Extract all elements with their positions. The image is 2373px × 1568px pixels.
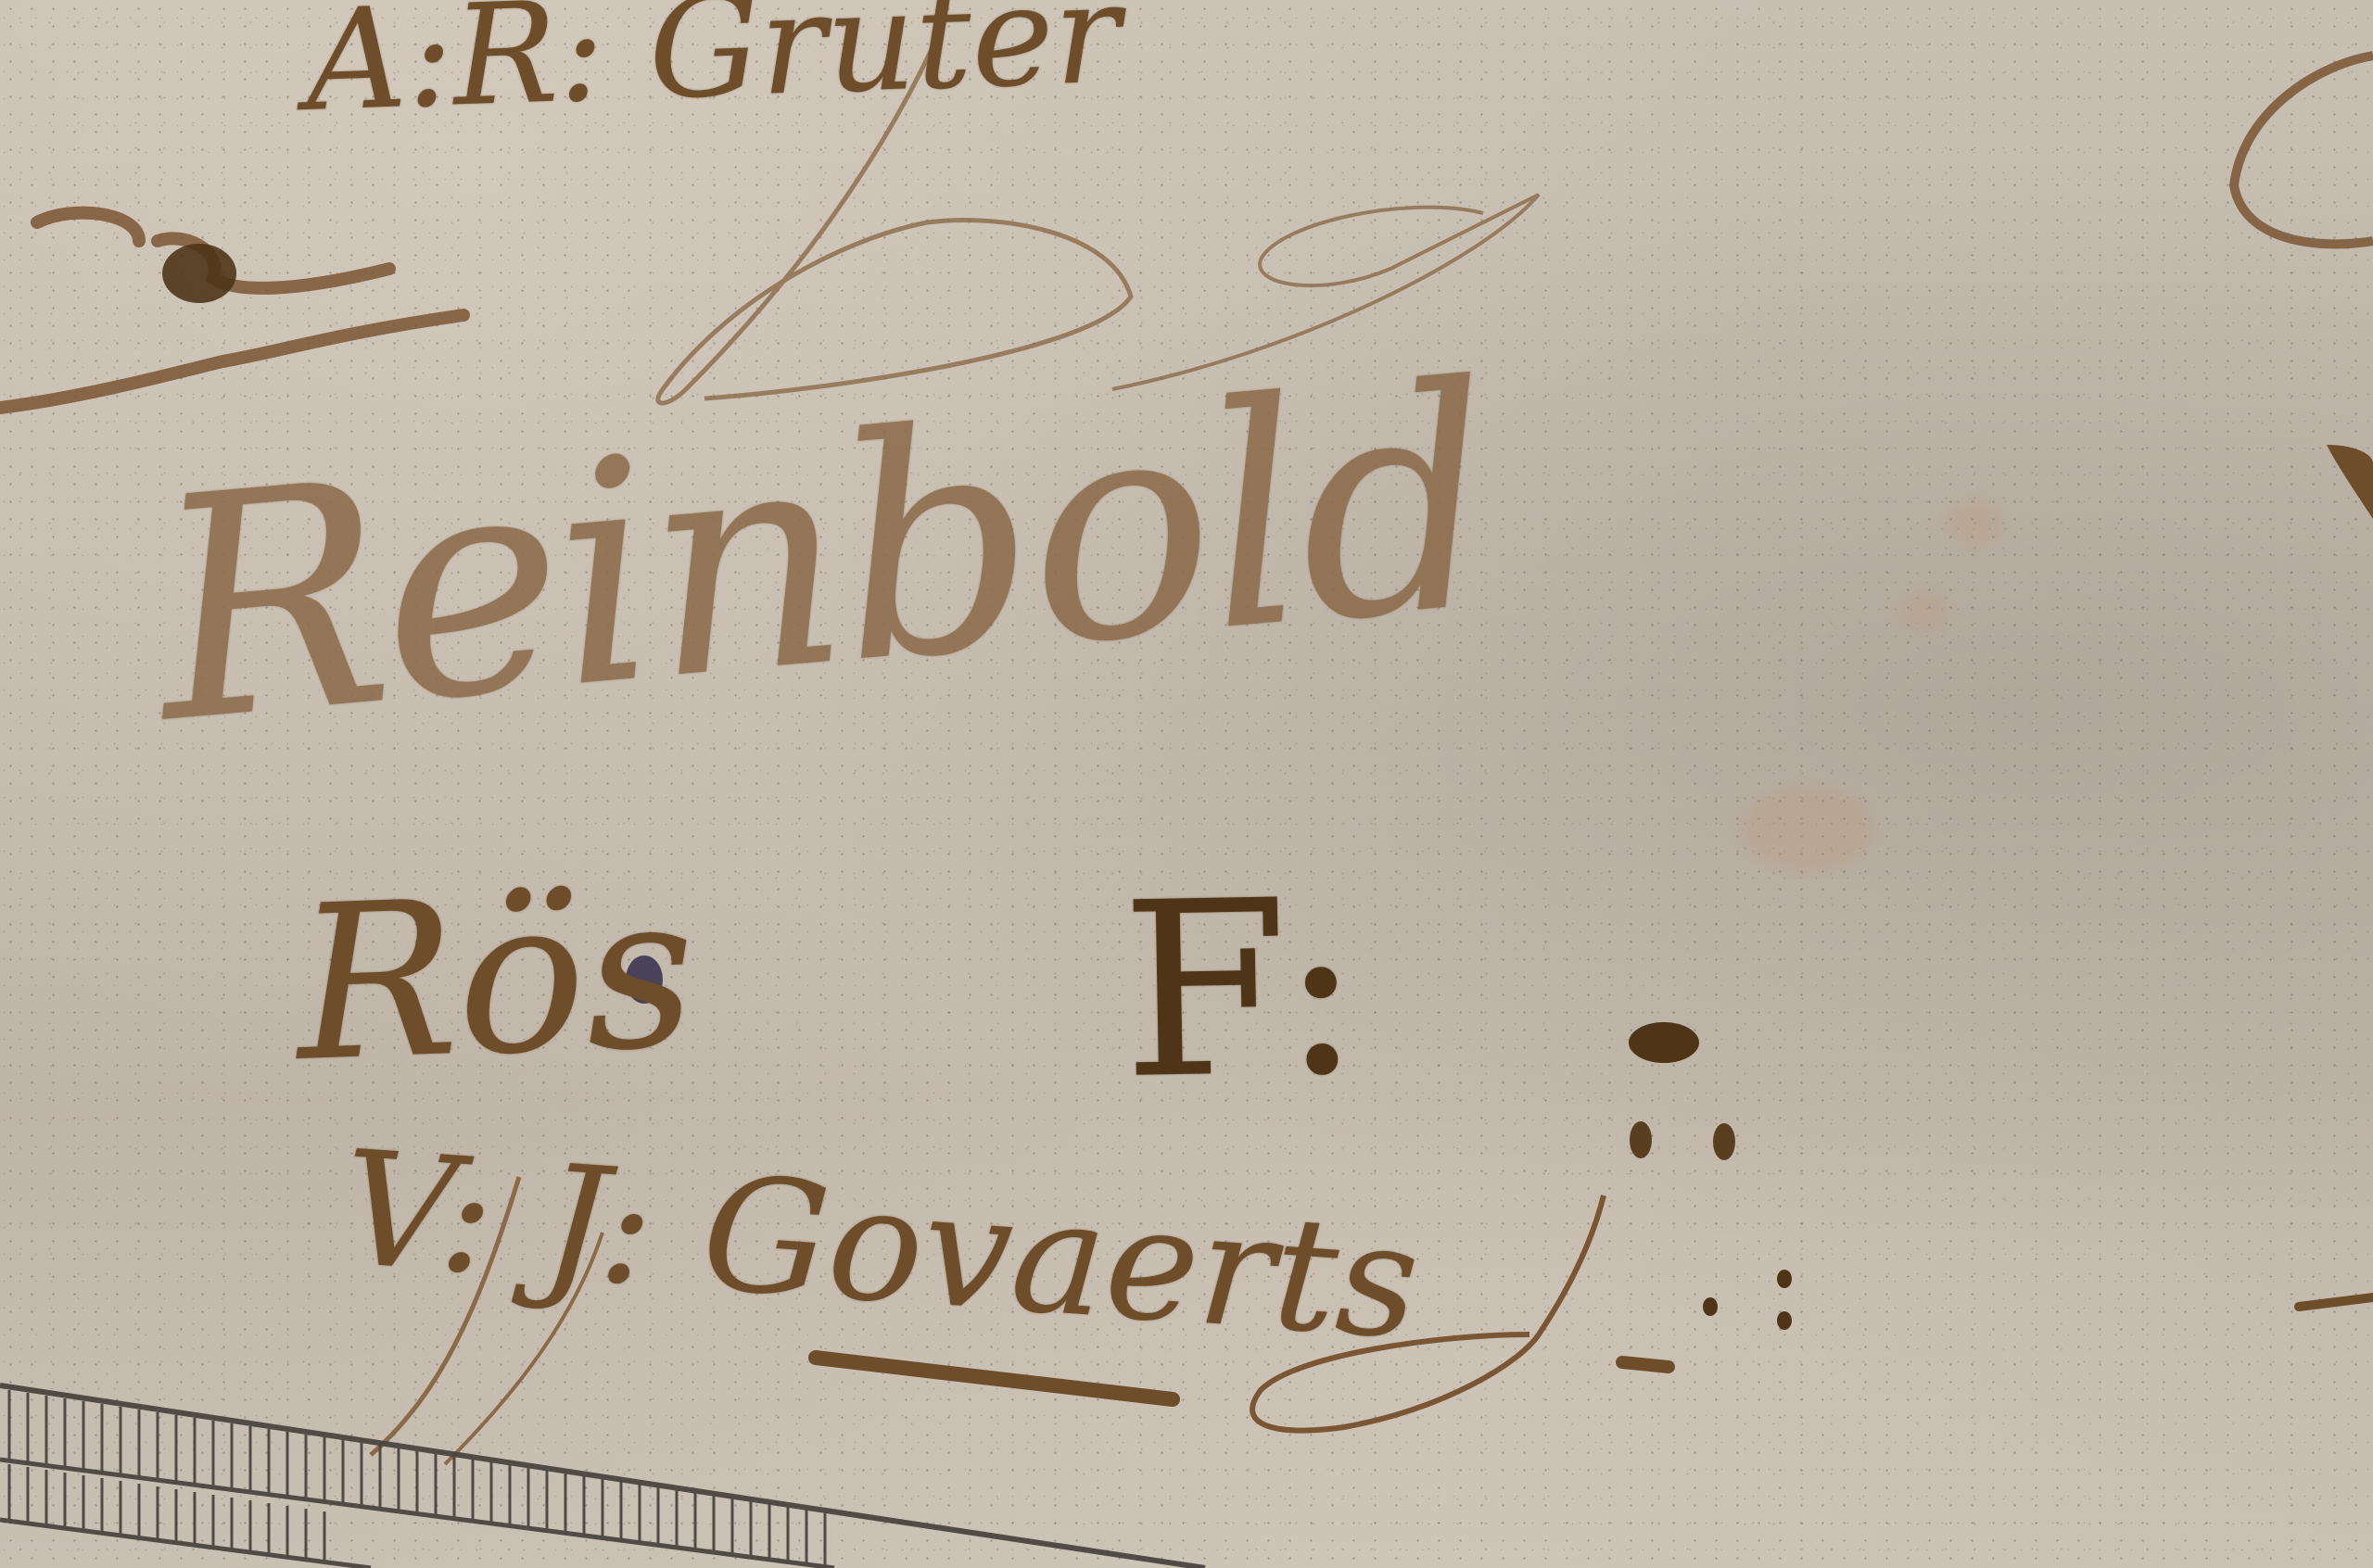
engraved-border	[0, 1385, 1205, 1568]
inscription-f: F:	[1119, 849, 1364, 1132]
document-photograph: A:R: Gruter Reinbold Rös F: V: J: Govaer…	[0, 0, 2373, 1568]
inscription-ros: Rös	[292, 848, 699, 1109]
